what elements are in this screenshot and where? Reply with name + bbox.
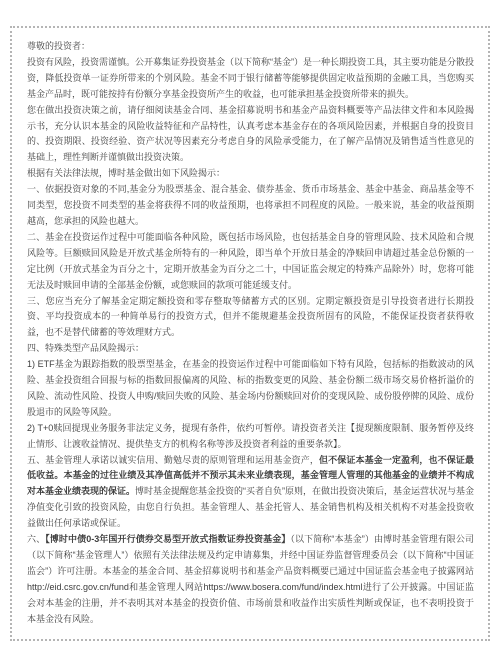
risk-paragraph: 一、依据投资对象的不同,基金分为股票基金、混合基金、债券基金、货币市场基金、基金… xyxy=(27,182,474,230)
risk-paragraph: 五、基金管理人承诺以诚实信用、勤勉尽责的原则管理和运用基金资产，但不保证本基金一… xyxy=(27,453,474,533)
risk-paragraph: 投资有风险，投资需谨慎。公开募集证券投资基金（以下简称“基金”）是一种长期投资工… xyxy=(27,55,474,103)
risk-paragraph-text: 根据有关法律法规，博时基金做出如下风险揭示： xyxy=(27,168,225,178)
risk-paragraph-text: 二、基金在投资运作过程中可能面临各种风险，既包括市场风险，也包括基金自身的管理风… xyxy=(27,232,474,290)
risk-paragraph-text: 一、依据投资对象的不同,基金分为股票基金、混合基金、债券基金、货币市场基金、基金… xyxy=(27,184,474,226)
risk-paragraph: 六、【博时中债0-3年国开行债券交易型开放式指数证券投资基金】（以下简称“本基金… xyxy=(27,532,474,627)
risk-paragraph: 根据有关法律法规，博时基金做出如下风险揭示： xyxy=(27,166,474,182)
risk-paragraph: 2) T+0赎回提现业务服务非法定义务，提现有条件，依约可暂停。请投资者关注【提… xyxy=(27,421,474,453)
risk-paragraph-text: （以下简称“本基金”）由博时基金管理有限公司（以下简称“基金管理人”）依照有关法… xyxy=(27,534,474,624)
risk-paragraph-bold-text: 【博时中债0-3年国开行债券交易型开放式指数证券投资基金】 xyxy=(45,534,290,544)
risk-paragraph-text: 五、基金管理人承诺以诚实信用、勤勉尽责的原则管理和运用基金资产， xyxy=(27,455,319,465)
risk-paragraph-text: 您在做出投资决策之前，请仔细阅读基金合同、基金招募说明书和基金产品资料概要等产品… xyxy=(27,105,474,163)
risk-paragraph: 四、特殊类型产品风险揭示： xyxy=(27,341,474,357)
risk-paragraph-text: 投资有风险，投资需谨慎。公开募集证券投资基金（以下简称“基金”）是一种长期投资工… xyxy=(27,57,474,99)
risk-paragraph-text: 三、您应当充分了解基金定期定额投资和零存整取等储蓄方式的区别。定期定额投资是引导… xyxy=(27,296,474,338)
risk-paragraphs: 投资有风险，投资需谨慎。公开募集证券投资基金（以下简称“基金”）是一种长期投资工… xyxy=(27,55,474,628)
risk-paragraph: 三、您应当充分了解基金定期定额投资和零存整取等储蓄方式的区别。定期定额投资是引导… xyxy=(27,294,474,342)
risk-paragraph-text: 1) ETF基金为跟踪指数的股票型基金，在基金的投资运作过程中可能面临如下特有风… xyxy=(27,359,474,417)
risk-paragraph: 您在做出投资决策之前，请仔细阅读基金合同、基金招募说明书和基金产品资料概要等产品… xyxy=(27,103,474,167)
risk-paragraph: 1) ETF基金为跟踪指数的股票型基金，在基金的投资运作过程中可能面临如下特有风… xyxy=(27,357,474,421)
risk-paragraph: 二、基金在投资运作过程中可能面临各种风险，既包括市场风险，也包括基金自身的管理风… xyxy=(27,230,474,294)
risk-paragraph-text: 四、特殊类型产品风险揭示： xyxy=(27,343,144,353)
risk-paragraph-text: 六、 xyxy=(27,534,45,544)
risk-disclosure-box: 尊敬的投资者： 投资有风险，投资需谨慎。公开募集证券投资基金（以下简称“基金”）… xyxy=(10,26,490,641)
risk-paragraph-text: 2) T+0赎回提现业务服务非法定义务，提现有条件，依约可暂停。请投资者关注【提… xyxy=(27,423,474,449)
risk-disclosure-page: 尊敬的投资者： 投资有风险，投资需谨慎。公开募集证券投资基金（以下简称“基金”）… xyxy=(0,0,500,665)
salutation: 尊敬的投资者： xyxy=(27,39,474,55)
